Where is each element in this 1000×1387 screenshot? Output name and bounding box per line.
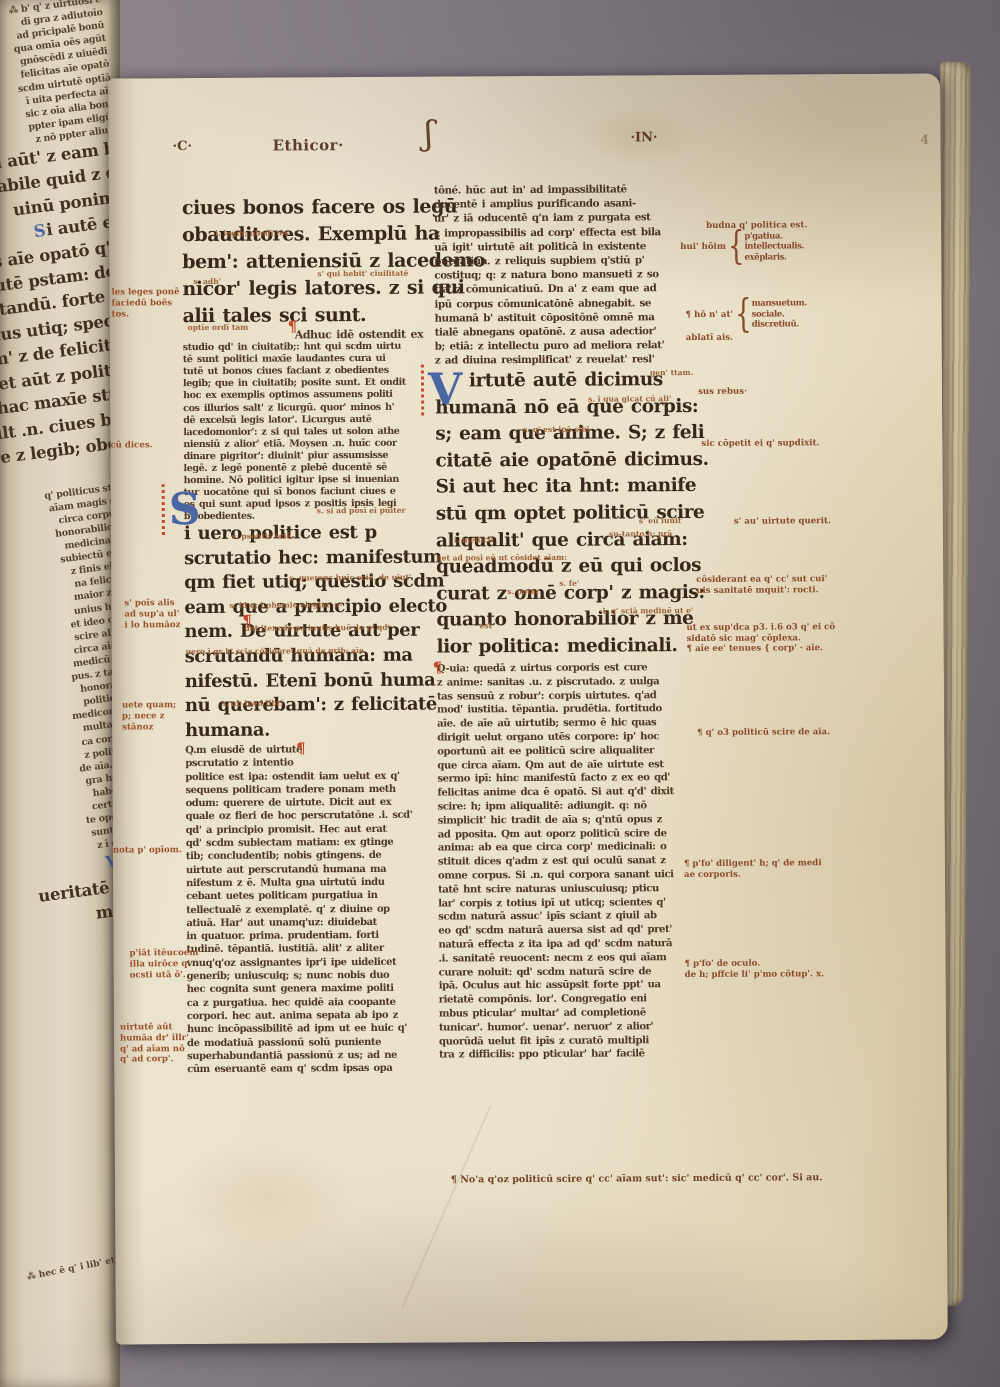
note-line: humāa dr' illr' (120, 1033, 189, 1044)
diagram-branches: p'gatiua.intellectualis.exēplaris. (744, 231, 804, 263)
note-line: p; nece z (122, 711, 176, 722)
note-line: illa uirōce q' (130, 959, 199, 970)
column2-commentary: Q-uia: quedā z uirtus corporis est curez… (437, 661, 701, 1063)
interlinear-gloss: i. legib; obedī tos (215, 229, 289, 238)
text-line: politice est ipa: ostendit iam uelut ex … (185, 769, 437, 784)
text-line: simplicit' hic tradit de aīa s; q'ntū op… (438, 813, 700, 828)
margin-note: nota p' opīom. (113, 845, 182, 856)
right-margin-notes (108, 73, 940, 78)
text-line: studio qd' in ciuitatib;: hnt qui scdm u… (183, 341, 435, 355)
text-line: z impropassibilis ad corp' effecta est b… (434, 225, 696, 241)
column1-commentary-a: Adhuc idē ostendit exstudio qd' in ciuit… (183, 329, 436, 524)
left-page-bottom-fragment: ⁂ hec ē q' i lib' et' co'. (26, 1251, 120, 1283)
margin-note: cōsiderant ea q' cc' sut cui'uis sanitat… (696, 574, 827, 596)
diagram-head-label: ¶ hō n' at' (686, 309, 734, 320)
folio-number: 4 (920, 134, 928, 146)
margin-note: p'iāt ītēucoemilla uirōce q'ocsti utā ō'… (129, 948, 198, 981)
interlinear-gloss: uero ī qr h' scīa cōsideret quā de prib;… (186, 647, 364, 657)
pen-flourish (162, 484, 165, 536)
interlinear-gloss: s. adh' (193, 278, 221, 287)
text-line: scrutatio hec: manifestum (184, 545, 436, 571)
interlinear-gloss: su-tanto h; prā (609, 530, 672, 539)
paraph-mark: ¶ (433, 661, 443, 676)
interlinear-gloss: s. psentis sciē (232, 532, 291, 541)
header-title: Ethicor· (273, 137, 344, 153)
interlinear-gloss: s. opter (507, 588, 539, 597)
note-line: sic cōpetit ei q' supdixit. (701, 438, 819, 449)
text-line: tōné. hūc aut in' ad impassibilitatē (434, 182, 696, 198)
pen-flourish (421, 365, 424, 417)
margin-note: uirtutē aūthumāa dr' illr'q' ad aīam nōq… (120, 1022, 189, 1066)
interlinear-gloss: s. fe' (559, 580, 579, 589)
note-line: faciedū boēs (111, 298, 179, 309)
parchment-stain (175, 1137, 356, 1258)
interlinear-gloss: dat itencdē pa iuutis huē do p' qd' (244, 624, 389, 633)
text-line: naturā effecta z ita ipa ad qd' scdm nat… (438, 937, 700, 952)
paraph-mark: ¶ (242, 614, 252, 629)
note-line: les leges ponē (111, 287, 179, 298)
margin-note: ¶ p'fo' diligent' h; q' de mediae corpor… (684, 858, 822, 880)
note-line: ad sup'a ul' (124, 609, 180, 620)
diagram-foot-label: ablatī ais. (686, 331, 856, 343)
margin-note: cū dices. (110, 440, 152, 451)
header-flourish: ʃ (423, 118, 435, 149)
paraph-marks (108, 73, 940, 78)
interlinear-gloss: s. querens huīc sciē. de uīut' (289, 574, 411, 583)
note-line: stānoz (122, 722, 176, 733)
interlinear-gloss: s' qui hebit' ciuilitatē (317, 270, 408, 279)
text-line: felicitas anime dca ē opatō. Si aut q'd'… (437, 785, 699, 800)
text-line: tia' z cōmunicatiuū. Dn a' z eam que ad (434, 281, 696, 297)
parchment-crease (401, 1105, 492, 1308)
text-line: homine. Nō politici igitur ipse si inuen… (184, 474, 436, 488)
header-left-mark: ·C· (173, 140, 192, 154)
note-line: s' au' uirtute querit. (734, 516, 831, 527)
text-line: costituq; q: z natura bono mansueti z so (434, 267, 696, 283)
interlinear-gloss: s. ī qua gicat cū ali' (588, 395, 671, 404)
text-line: cūm eseruantē eam q' scdm ipsas opa (187, 1062, 439, 1077)
text-line: ducentē i amplius purificando asani- (434, 196, 696, 212)
margin-note: s' au' uirtute querit. (734, 516, 831, 527)
text-line: mod' iustitia. tēpantia. prudētia. forti… (437, 702, 699, 717)
column1-lemma-a: ciues bonos facere os legūobauditores. E… (182, 194, 435, 331)
manuscript-photo: ⁂ b' q' z uirtuosī ēdī gra z adiutoīoad … (0, 0, 1000, 1387)
text-line: intellectualis. (744, 241, 804, 252)
note-line: nota p' opīom. (113, 845, 182, 856)
text-line: b; etiā: z intellectu puro ad meliora re… (435, 338, 697, 354)
decorated-initial: S (32, 221, 48, 242)
interlinear-gloss: s' eū iuuit (639, 517, 682, 526)
note-line: ¶ aīe ee' tenues { corp' · aīe. (687, 643, 836, 655)
text-line: lacedomonior': z si qui tales ut solon a… (183, 425, 435, 439)
margin-note: ¶ p'fo' de oculo.de h; pffcie li' p'mo c… (685, 958, 825, 980)
column1-commentary-b: Q.m eiusdē de uirtutepscrutatio z intent… (185, 743, 439, 1077)
diagram-head-label: hui' hōim (680, 242, 726, 253)
note-line: ¶ p'fo' diligent' h; q' de medi (684, 858, 822, 869)
text-line: lior politica: medicinali. (437, 633, 699, 661)
interlinear-gloss: s. si ad posī eī puiter (317, 507, 406, 516)
interlinear-gloss: s. q' est ipā sibī (523, 426, 589, 435)
note-line: q' ad aīam nō (120, 1044, 189, 1055)
note-line: ut ex sup'dca p3. i.6 o3 q' ei cō (686, 622, 835, 634)
margin-note: sus rebus· (698, 387, 747, 398)
text-line: discretiuū. (752, 319, 807, 330)
interlinear-gloss: i. medicū (454, 536, 493, 545)
column2-commentary-top: tōné. hūc aut in' ad impassibilitatēduce… (434, 182, 697, 368)
column2-lemma: irtutē autē dicimushumanā nō eā que corp… (435, 367, 699, 661)
note-line: cū dices. (110, 440, 152, 451)
text-line: i uero politice est p (184, 521, 436, 547)
note-line: ¶ q' o3 politicū scire de aīa. (697, 727, 830, 738)
text-line: lar' corpis z totius ipī ut uticq; scien… (438, 895, 700, 910)
text-line: tialē abnegans opatōnē. z ausa adectior' (435, 324, 697, 340)
interlinear-gloss: optīe ordī tam (188, 324, 249, 333)
interlinear-gloss: s. id q; ī phemio elegim' o- (229, 601, 342, 610)
text-line: quale oz fieri de hoc perscrutatōne .i. … (186, 809, 438, 824)
header-right-mark: ·IN· (630, 131, 657, 145)
note-line: i lo humāoz (124, 620, 180, 631)
text-line: p'gatiua. (744, 231, 804, 242)
text-line: nifestū. Etenī bonū huma (185, 668, 437, 694)
note-line: uirtutē aūt (120, 1022, 189, 1033)
text-line: ciues bonos facere os legū (182, 194, 434, 223)
margin-note: ut ex sup'dca p3. i.6 o3 q' ei cōsidatō … (686, 622, 835, 655)
text-line: mansuetum. (752, 298, 807, 309)
text-line: legib; que in ciuitatib; posite sunt. Et… (183, 377, 435, 391)
text-line: Si aut hec ita hnt: manife (436, 473, 698, 501)
text-line: humanā b' astituit cōpositōnē omnē ma (435, 310, 697, 326)
note-line: tos. (112, 309, 180, 320)
interlinear-gloss: net ad posī eū ut cōsidet aīam: (436, 554, 567, 563)
margin-note: s' poīs alisad sup'a ul'i lo humāoz (124, 598, 180, 631)
margin-note: les leges ponēfaciedū boēstos. (111, 287, 179, 320)
paraph-mark: ¶ (296, 741, 306, 756)
note-line: p'iāt ītēucoem (129, 948, 198, 959)
margin-diagram-politica: budna q' politica est. hui' hōim { p'gat… (680, 220, 850, 263)
margin-diagram-homo: ¶ hō n' at' { mansuetum.sociale.discreti… (685, 298, 855, 343)
note-line: uete quam; (122, 700, 176, 711)
bottom-annotation: ¶ No'a q'oz politicū scire q' cc' aīam s… (451, 1172, 823, 1185)
text-line: citatē aie opatōnē dicimus. (435, 447, 697, 475)
interlinear-gloss: gen' ttam. (650, 369, 693, 378)
brace-glyph: { (735, 295, 752, 334)
margin-note: ¶ q' o3 politicū scire de aīa. (697, 727, 830, 738)
text-line: uā igit' uirtutē ait politicā in existen… (434, 239, 696, 255)
note-line: ae corporis. (684, 869, 822, 880)
margin-note: uete quam;p; nece zstānoz (122, 700, 176, 733)
paraph-mark: ¶ (288, 319, 298, 334)
note-line: ocsti utā ō'. (130, 970, 199, 981)
text-line: exēplaris. (744, 252, 804, 263)
note-line: cōsiderant ea q' cc' sut cui' (696, 574, 827, 585)
note-line: uis sanitatē mquit': rocti. (696, 585, 827, 596)
left-page-edge: ⁂ b' q' z uirtuosī ēdī gra z adiutoīoad … (0, 0, 120, 1387)
text-line: omne corpus. Si .n. qui corpora sanant u… (438, 868, 700, 883)
interlinear-gloss: -i. q' sciā medinē ut e' (599, 607, 693, 616)
note-line: q' ad corp'. (120, 1054, 189, 1065)
note-line: sus rebus· (698, 387, 747, 398)
text-line: purgatiua. z reliquis supbiem q'stiū p' (434, 253, 696, 269)
manuscript-page: ·C· Ethicor· ʃ ·IN· 4 ciues bonos facere… (108, 73, 948, 1344)
text-line: .i. sanitatē reuocent: necm z eos qui aī… (438, 951, 700, 966)
left-page-text: ⁂ b' q' z uirtuosī ēdī gra z adiutoīoad … (0, 0, 120, 940)
text-line: z ad diuina resimplificat' z reuelat' re… (435, 352, 697, 368)
text-line: ur' z iā oducentē q'n iam z purgata est (434, 210, 696, 226)
interlinear-glosses (108, 73, 940, 78)
interlinear-gloss: est (479, 622, 492, 631)
brace-glyph: { (728, 227, 745, 266)
text-line: sociale. (752, 309, 807, 320)
text-line: ipū corpus cōmunicatōnē abnegabit. se (434, 296, 696, 312)
left-gutter-notes (108, 73, 940, 78)
text-line: tra z difficilis: ppo pticular' har' fac… (439, 1047, 701, 1062)
note-line: s' poīs alis (124, 598, 180, 609)
text-line: hunc incōpassibilitē ad ipm ut ee huic q… (187, 1022, 439, 1037)
diagram-branches: mansuetum.sociale.discretiuū. (752, 298, 807, 330)
text-line: humana. (185, 717, 437, 743)
interlinear-gloss: s. ab iued librī (222, 699, 284, 708)
note-line: de h; pffcie li' p'mo cōtup'. x. (685, 969, 824, 980)
margin-note: sic cōpetit ei q' supdixit. (701, 438, 819, 449)
